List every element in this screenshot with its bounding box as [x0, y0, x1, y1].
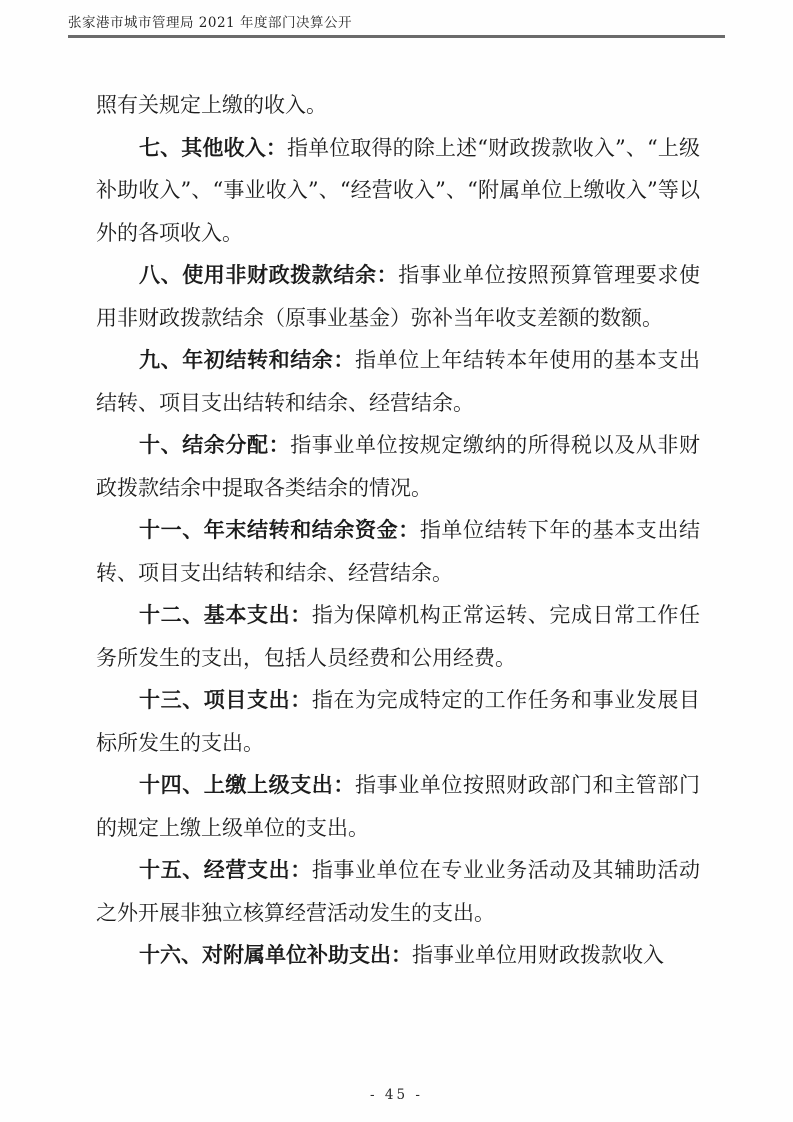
- definition-paragraph: 十二、基本支出：指为保障机构正常运转、完成日常工作任务所发生的支出，包括人员经费…: [96, 594, 700, 679]
- document-page: 张家港市城市管理局 2021 年度部门决算公开 照有关规定上缴的收入。 七、其他…: [0, 0, 793, 1122]
- definition-paragraph: 八、使用非财政拨款结余：指事业单位按照预算管理要求使用非财政拨款结余（原事业基金…: [96, 254, 700, 339]
- document-header-title: 张家港市城市管理局 2021 年度部门决算公开: [68, 0, 725, 35]
- term-label: 十五、经营支出：: [139, 857, 312, 882]
- term-label: 七、其他收入：: [139, 135, 287, 160]
- term-label: 十、结余分配：: [139, 432, 290, 457]
- term-definition: 指事业单位用财政拨款收入: [412, 943, 664, 967]
- definition-paragraph: 十、结余分配：指事业单位按规定缴纳的所得税以及从非财政拨款结余中提取各类结余的情…: [96, 424, 700, 509]
- page-number: - 45 -: [370, 1087, 423, 1103]
- document-body: 照有关规定上缴的收入。 七、其他收入：指单位取得的除上述“财政拨款收入”、“上级…: [96, 84, 700, 977]
- definition-list: 七、其他收入：指单位取得的除上述“财政拨款收入”、“上级补助收入”、“事业收入”…: [96, 127, 700, 977]
- term-label: 十四、上缴上级支出：: [139, 772, 355, 797]
- term-label: 十一、年末结转和结余资金：: [139, 517, 420, 542]
- page-header: 张家港市城市管理局 2021 年度部门决算公开: [68, 0, 725, 38]
- definition-paragraph: 七、其他收入：指单位取得的除上述“财政拨款收入”、“上级补助收入”、“事业收入”…: [96, 127, 700, 255]
- term-label: 九、年初结转和结余：: [139, 347, 355, 372]
- term-label: 八、使用非财政拨款结余：: [139, 262, 398, 287]
- header-rule: [68, 35, 725, 38]
- page-footer: - 45 -: [0, 1084, 793, 1103]
- definition-paragraph: 十一、年末结转和结余资金：指单位结转下年的基本支出结转、项目支出结转和结余、经营…: [96, 509, 700, 594]
- definition-paragraph: 十六、对附属单位补助支出：指事业单位用财政拨款收入: [96, 934, 700, 977]
- definition-paragraph: 十五、经营支出：指事业单位在专业业务活动及其辅助活动之外开展非独立核算经营活动发…: [96, 849, 700, 934]
- term-label: 十六、对附属单位补助支出：: [139, 942, 412, 967]
- term-label: 十三、项目支出：: [139, 687, 312, 712]
- definition-paragraph: 十三、项目支出：指在为完成特定的工作任务和事业发展目标所发生的支出。: [96, 679, 700, 764]
- definition-paragraph: 九、年初结转和结余：指单位上年结转本年使用的基本支出结转、项目支出结转和结余、经…: [96, 339, 700, 424]
- term-label: 十二、基本支出：: [139, 602, 312, 627]
- definition-paragraph: 十四、上缴上级支出：指事业单位按照财政部门和主管部门的规定上缴上级单位的支出。: [96, 764, 700, 849]
- continuation-paragraph: 照有关规定上缴的收入。: [96, 84, 700, 127]
